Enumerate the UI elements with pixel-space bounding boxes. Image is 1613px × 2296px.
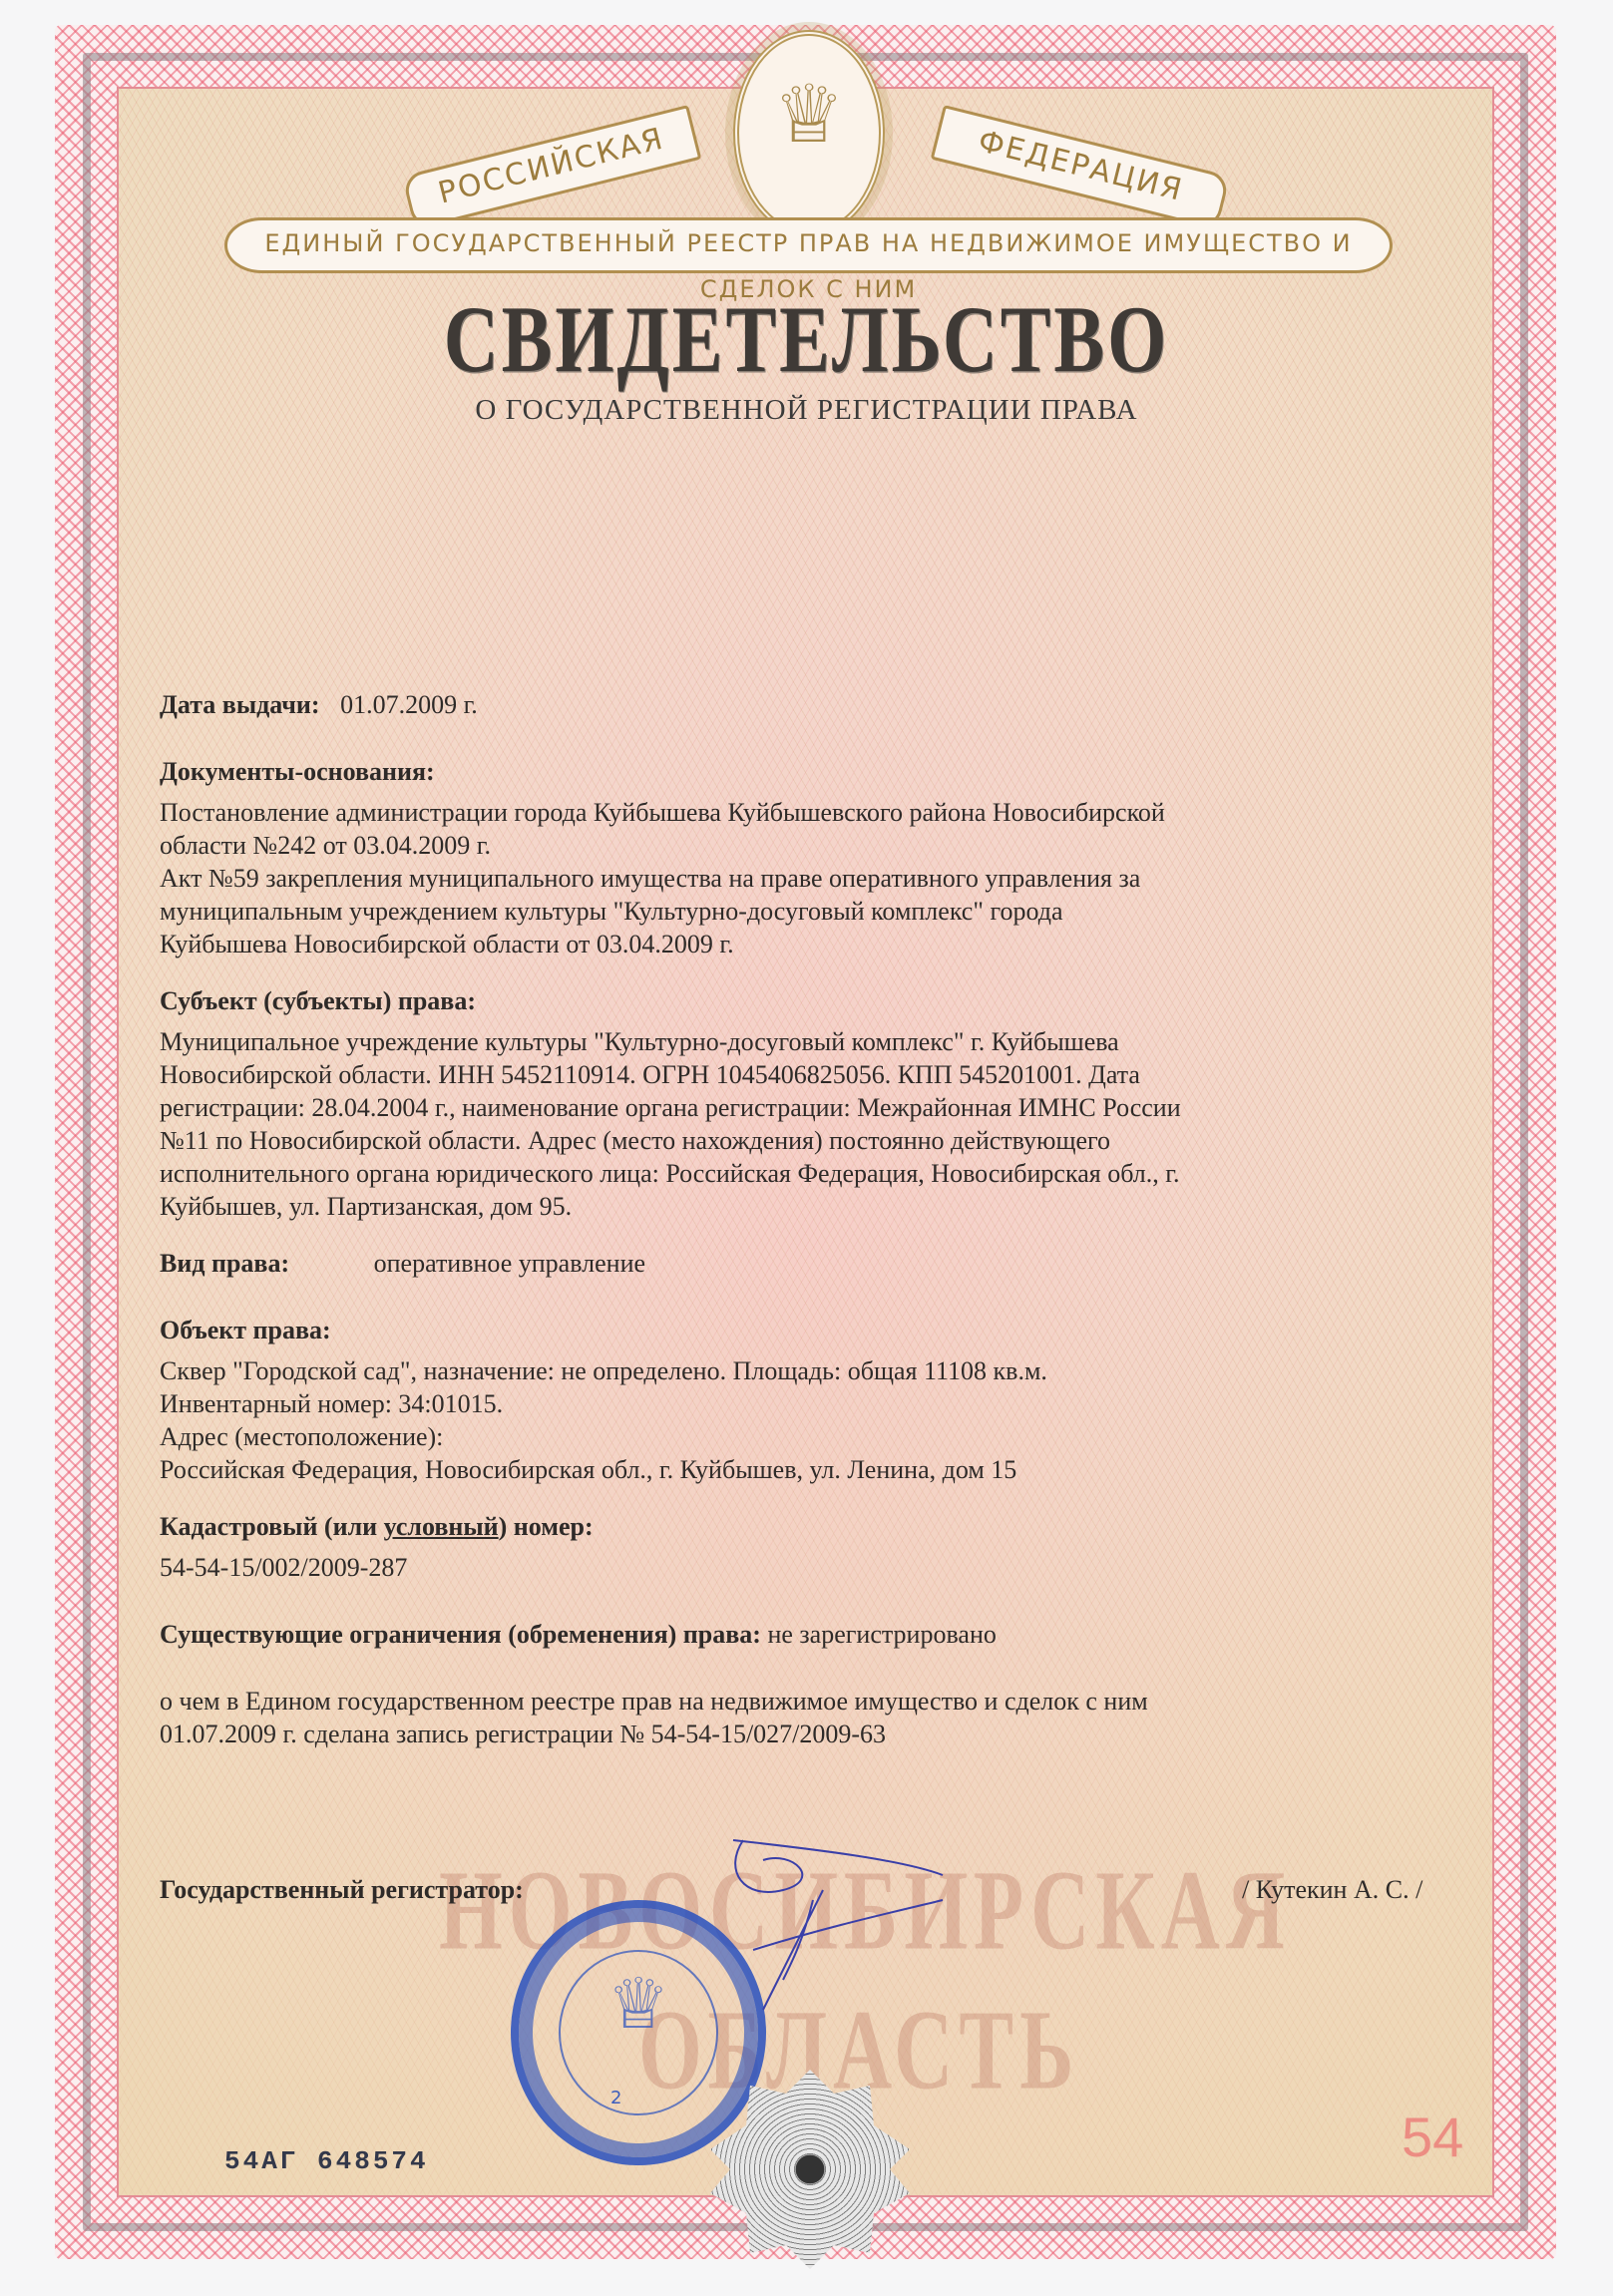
signature-scribble-icon xyxy=(703,1830,1003,2030)
subject-label: Субъект (субъекты) права: xyxy=(160,984,1456,1017)
cadastral-value: 54-54-15/002/2009-287 xyxy=(160,1551,1456,1584)
ribbon-registry: ЕДИНЫЙ ГОСУДАРСТВЕННЫЙ РЕЕСТР ПРАВ НА НЕ… xyxy=(224,217,1393,273)
encumbrances-row: Существующие ограничения (обременения) п… xyxy=(160,1618,1456,1651)
issue-date-row: Дата выдачи: 01.07.2009 г. xyxy=(160,688,1456,721)
encumbrances-label: Существующие ограничения (обременения) п… xyxy=(160,1620,761,1649)
subject-line: Куйбышев, ул. Партизанская, дом 95. xyxy=(160,1190,1456,1223)
right-type-value: оперативное управление xyxy=(374,1249,645,1278)
certificate-content: Дата выдачи: 01.07.2009 г. Документы-осн… xyxy=(160,688,1456,1750)
object-line: Российская Федерация, Новосибирская обл.… xyxy=(160,1453,1456,1486)
coat-of-arms-medallion: ♕ xyxy=(733,30,885,236)
cadastral-label-part: ) номер: xyxy=(499,1512,594,1541)
basis-line: области №242 от 03.04.2009 г. xyxy=(160,829,1456,862)
serial-number: 54АГ 648574 xyxy=(224,2146,429,2176)
seal-number: 2 xyxy=(610,2088,621,2108)
registrar-label: Государственный регистратор: xyxy=(160,1875,524,1905)
subject-line: Новосибирской области. ИНН 5452110914. О… xyxy=(160,1058,1456,1091)
basis-line: Постановление администрации города Куйбы… xyxy=(160,796,1456,829)
subject-line: №11 по Новосибирской области. Адрес (мес… xyxy=(160,1124,1456,1157)
subject-line: исполнительного органа юридического лица… xyxy=(160,1157,1456,1190)
basis-line: Акт №59 закрепления муниципального имуще… xyxy=(160,862,1456,895)
basis-documents-label: Документы-основания: xyxy=(160,755,1456,788)
cadastral-label-underlined: условный xyxy=(384,1512,499,1541)
ribbon-russian: РОССИЙСКАЯ xyxy=(402,105,702,230)
registry-note-line: о чем в Едином государственном реестре п… xyxy=(160,1685,1456,1718)
ribbon-federation: ФЕДЕРАЦИЯ xyxy=(931,105,1231,230)
issue-date-label: Дата выдачи: xyxy=(160,690,320,719)
subject-line: регистрации: 28.04.2004 г., наименование… xyxy=(160,1091,1456,1124)
double-headed-eagle-icon: ♕ xyxy=(739,76,879,156)
right-type-label: Вид права: xyxy=(160,1249,289,1278)
document-title: СВИДЕТЕЛЬСТВО xyxy=(0,286,1613,395)
object-line: Адрес (местоположение): xyxy=(160,1420,1456,1453)
basis-line: муниципальным учреждением культуры "Куль… xyxy=(160,895,1456,928)
cadastral-label: Кадастровый (или условный) номер: xyxy=(160,1510,1456,1543)
encumbrances-value: не зарегистрировано xyxy=(767,1620,996,1649)
issue-date-value: 01.07.2009 г. xyxy=(340,690,478,719)
region-code: 54 xyxy=(1402,2105,1463,2169)
object-line: Инвентарный номер: 34:01015. xyxy=(160,1387,1456,1420)
cadastral-label-part: Кадастровый (или xyxy=(160,1512,384,1541)
registry-note-line: 01.07.2009 г. сделана запись регистрации… xyxy=(160,1718,1456,1750)
object-line: Сквер "Городской сад", назначение: не оп… xyxy=(160,1354,1456,1387)
document-subtitle: О ГОСУДАРСТВЕННОЙ РЕГИСТРАЦИИ ПРАВА xyxy=(0,394,1613,427)
right-type-row: Вид права: оперативное управление xyxy=(160,1247,1456,1280)
subject-line: Муниципальное учреждение культуры "Культ… xyxy=(160,1025,1456,1058)
header-emblem: РОССИЙСКАЯ ФЕДЕРАЦИЯ ♕ ЕДИНЫЙ ГОСУДАРСТВ… xyxy=(0,0,1613,299)
basis-line: Куйбышева Новосибирской области от 03.04… xyxy=(160,928,1456,960)
object-label: Объект права: xyxy=(160,1314,1456,1346)
registrar-name: / Кутекин А. С. / xyxy=(1242,1875,1422,1905)
